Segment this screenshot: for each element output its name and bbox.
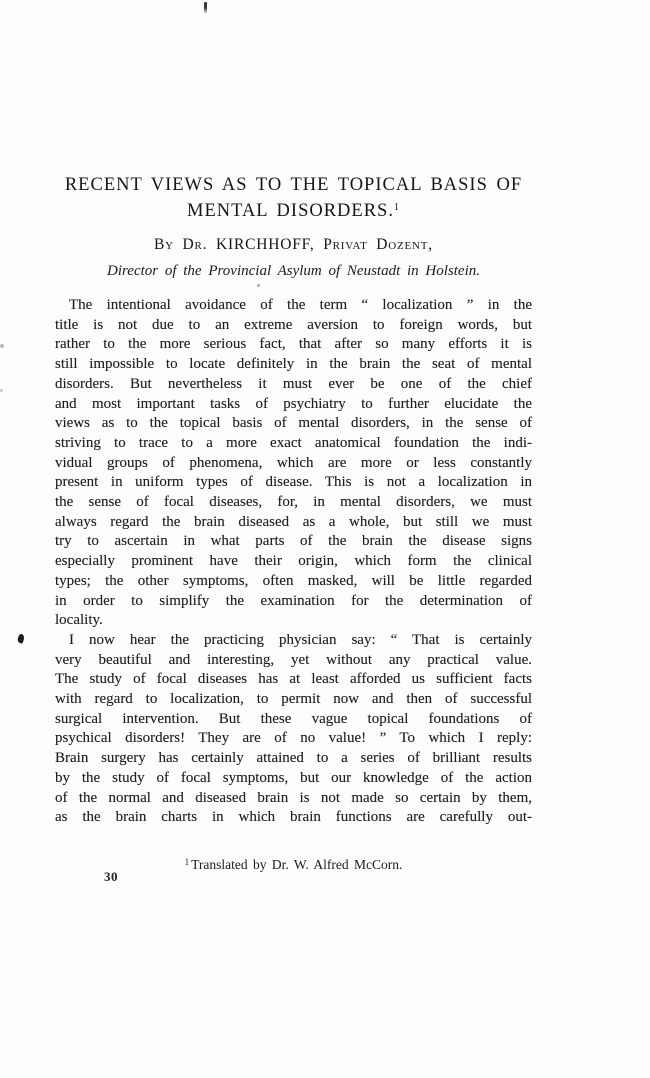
title-line-2: MENTAL DISORDERS.1 (55, 198, 532, 224)
text-line: always regard the brain diseased as a wh… (55, 513, 532, 533)
text-line: still impossible to locate definitely in… (55, 355, 532, 375)
text-line: The study of focal diseases has at least… (55, 670, 532, 690)
scan-artifact-speck (0, 389, 3, 392)
text-line: in order to simplify the examination for… (55, 592, 532, 612)
text-line: The intentional avoidance of the term “ … (55, 296, 532, 316)
scan-artifact-speck (0, 344, 4, 348)
text-line: of the normal and diseased brain is not … (55, 789, 532, 809)
text-line: rather to the more serious fact, that af… (55, 335, 532, 355)
title-line-1: RECENT VIEWS AS TO THE TOPICAL BASIS OF (55, 172, 532, 198)
text-line: surgical intervention. But these vague t… (55, 710, 532, 730)
scanned-paper-page: RECENT VIEWS AS TO THE TOPICAL BASIS OF … (0, 0, 650, 1078)
text-line: by the study of focal symptoms, but our … (55, 769, 532, 789)
text-line: types; the other symptoms, often masked,… (55, 572, 532, 592)
article-title: RECENT VIEWS AS TO THE TOPICAL BASIS OF … (55, 172, 532, 224)
text-line: present in uniform types of disease. Thi… (55, 473, 532, 493)
body-text: The intentional avoidance of the term “ … (55, 296, 532, 828)
text-line: locality. (55, 611, 532, 631)
text-line: disorders. But nevertheless it must ever… (55, 375, 532, 395)
title-footnote-marker: 1 (394, 202, 400, 213)
affiliation: Director of the Provincial Asylum of Neu… (55, 263, 532, 280)
text-line: very beautiful and interesting, yet with… (55, 651, 532, 671)
footnote-text: Translated by Dr. W. Alfred McCorn. (191, 857, 402, 872)
text-line: Brain surgery has certainly attained to … (55, 749, 532, 769)
text-line: psychical disorders! They are of no valu… (55, 729, 532, 749)
text-line: vidual groups of phenomena, which are mo… (55, 454, 532, 474)
page-number: 30 (104, 869, 118, 885)
text-line: especially prominent have their origin, … (55, 552, 532, 572)
title-line-2-text: MENTAL DISORDERS. (187, 201, 394, 221)
text-line: try to ascertain in what parts of the br… (55, 532, 532, 552)
byline: By Dr. KIRCHHOFF, Privat Dozent, (55, 236, 532, 253)
scan-artifact-margin-mark (17, 633, 25, 643)
footnote: 1Translated by Dr. W. Alfred McCorn. (55, 855, 532, 872)
text-line: as the brain charts in which brain funct… (55, 808, 532, 828)
text-line: I now hear the practicing physician say:… (55, 631, 532, 651)
text-line: title is not due to an extreme aversion … (55, 316, 532, 336)
text-line: the sense of focal diseases, for, in men… (55, 493, 532, 513)
page-content: RECENT VIEWS AS TO THE TOPICAL BASIS OF … (55, 0, 532, 872)
text-line: striving to trace to a more exact anatom… (55, 434, 532, 454)
text-line: with regard to localization, to permit n… (55, 690, 532, 710)
text-line: and most important tasks of psychiatry t… (55, 395, 532, 415)
text-line: views as to the topical basis of mental … (55, 414, 532, 434)
footnote-marker: 1 (185, 857, 190, 867)
